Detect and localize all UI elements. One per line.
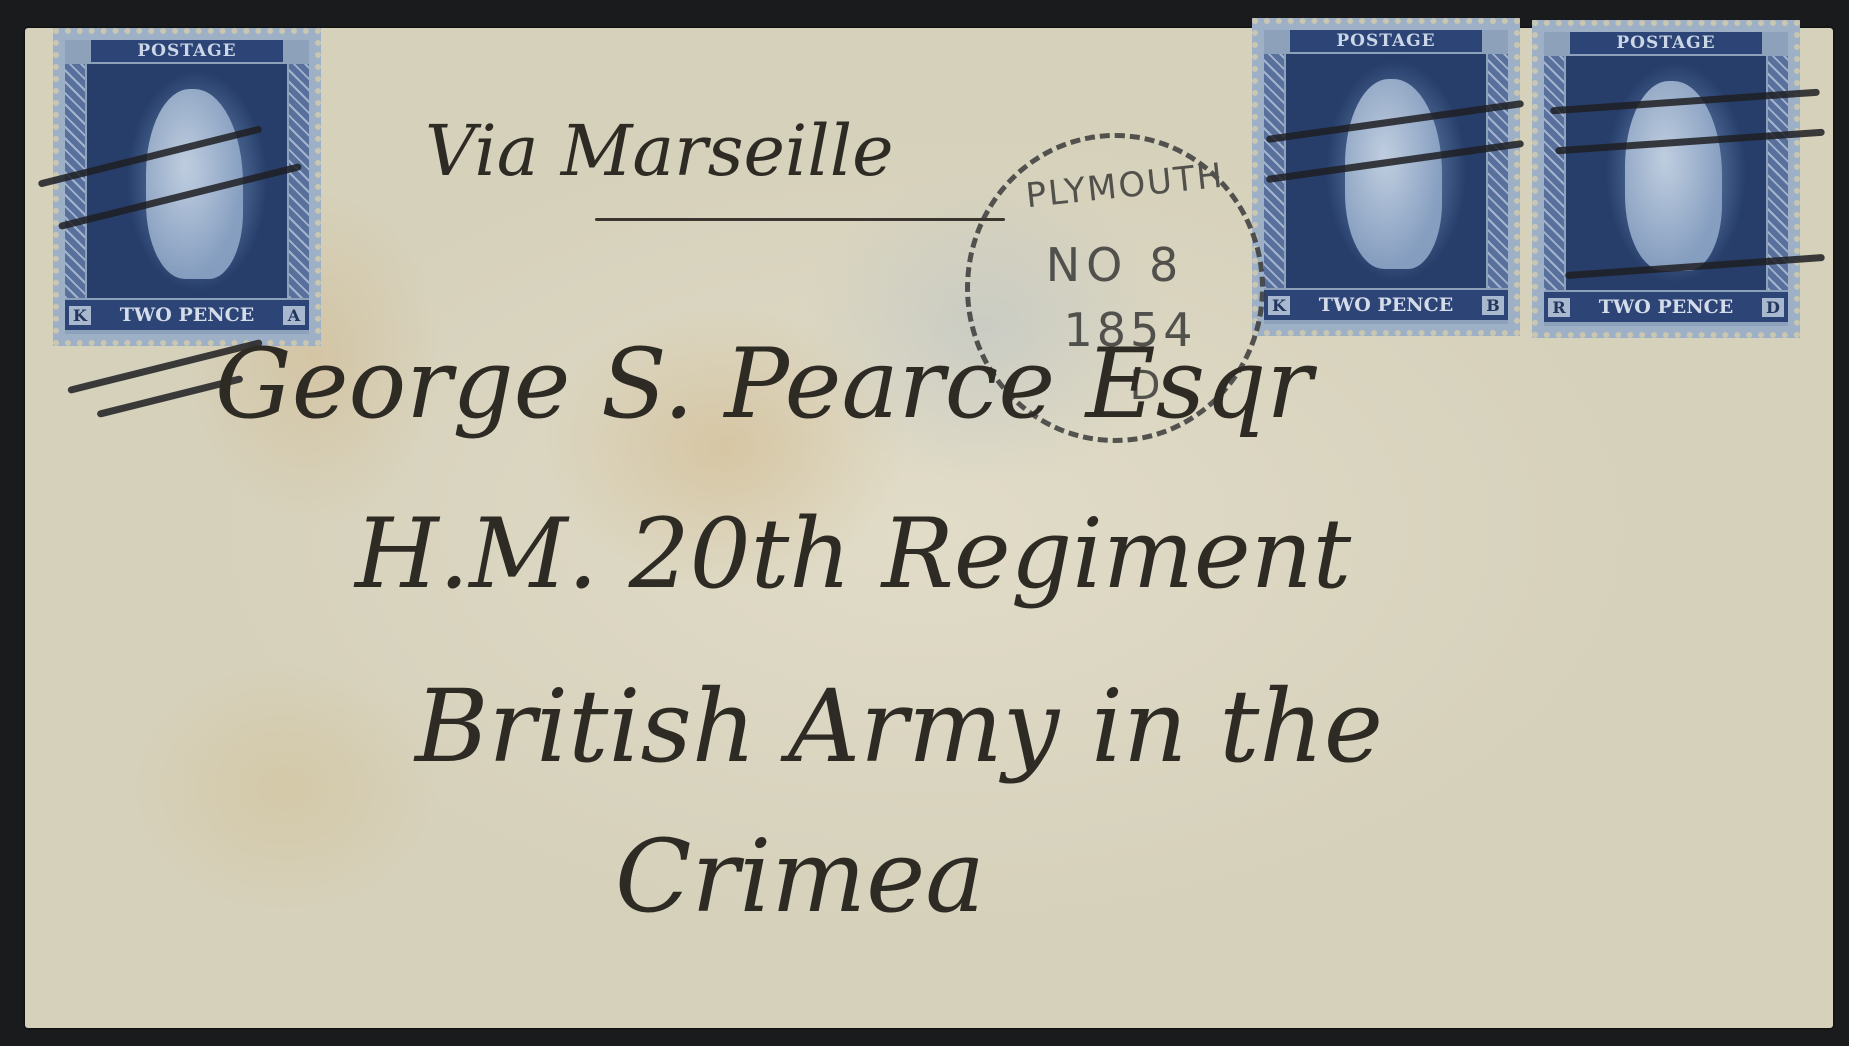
address-line-2: H.M. 20th Regiment — [355, 498, 1351, 610]
stamp-value: TWO PENCE — [120, 304, 254, 326]
stamp-two-pence-rd: POSTAGE R TWO PENCE D — [1532, 20, 1800, 338]
stamp-corner-letter: K — [1268, 296, 1290, 315]
postmark-town: PLYMOUTH — [999, 153, 1252, 219]
stamp-corner-letter: A — [283, 306, 305, 325]
stamp-value: TWO PENCE — [1319, 294, 1453, 316]
address-line-1: George S. Pearce Esqr — [215, 328, 1312, 440]
stamp-top-label: POSTAGE — [1290, 30, 1482, 52]
queen-victoria-portrait — [1625, 81, 1722, 271]
address-line-3: British Army in the — [415, 668, 1383, 785]
envelope: POSTAGE K TWO PENCE A POSTAGE K TWO PENC… — [25, 28, 1833, 1028]
stamp-two-pence-ka: POSTAGE K TWO PENCE A — [53, 28, 321, 346]
stamp-value: TWO PENCE — [1599, 296, 1733, 318]
queen-victoria-portrait — [1345, 79, 1442, 269]
stamp-corner-letter: D — [1762, 298, 1784, 317]
address-line-4: Crimea — [615, 818, 985, 935]
stamp-top-label: POSTAGE — [91, 40, 283, 62]
routing-note: Via Marseille — [425, 110, 894, 192]
routing-underline — [595, 218, 1005, 221]
stamp-top-label: POSTAGE — [1570, 32, 1762, 54]
stamp-corner-letter: B — [1482, 296, 1504, 315]
stamp-corner-letter: K — [69, 306, 91, 325]
stamp-corner-letter: R — [1548, 298, 1570, 317]
postmark-date: NO 8 — [970, 238, 1260, 292]
